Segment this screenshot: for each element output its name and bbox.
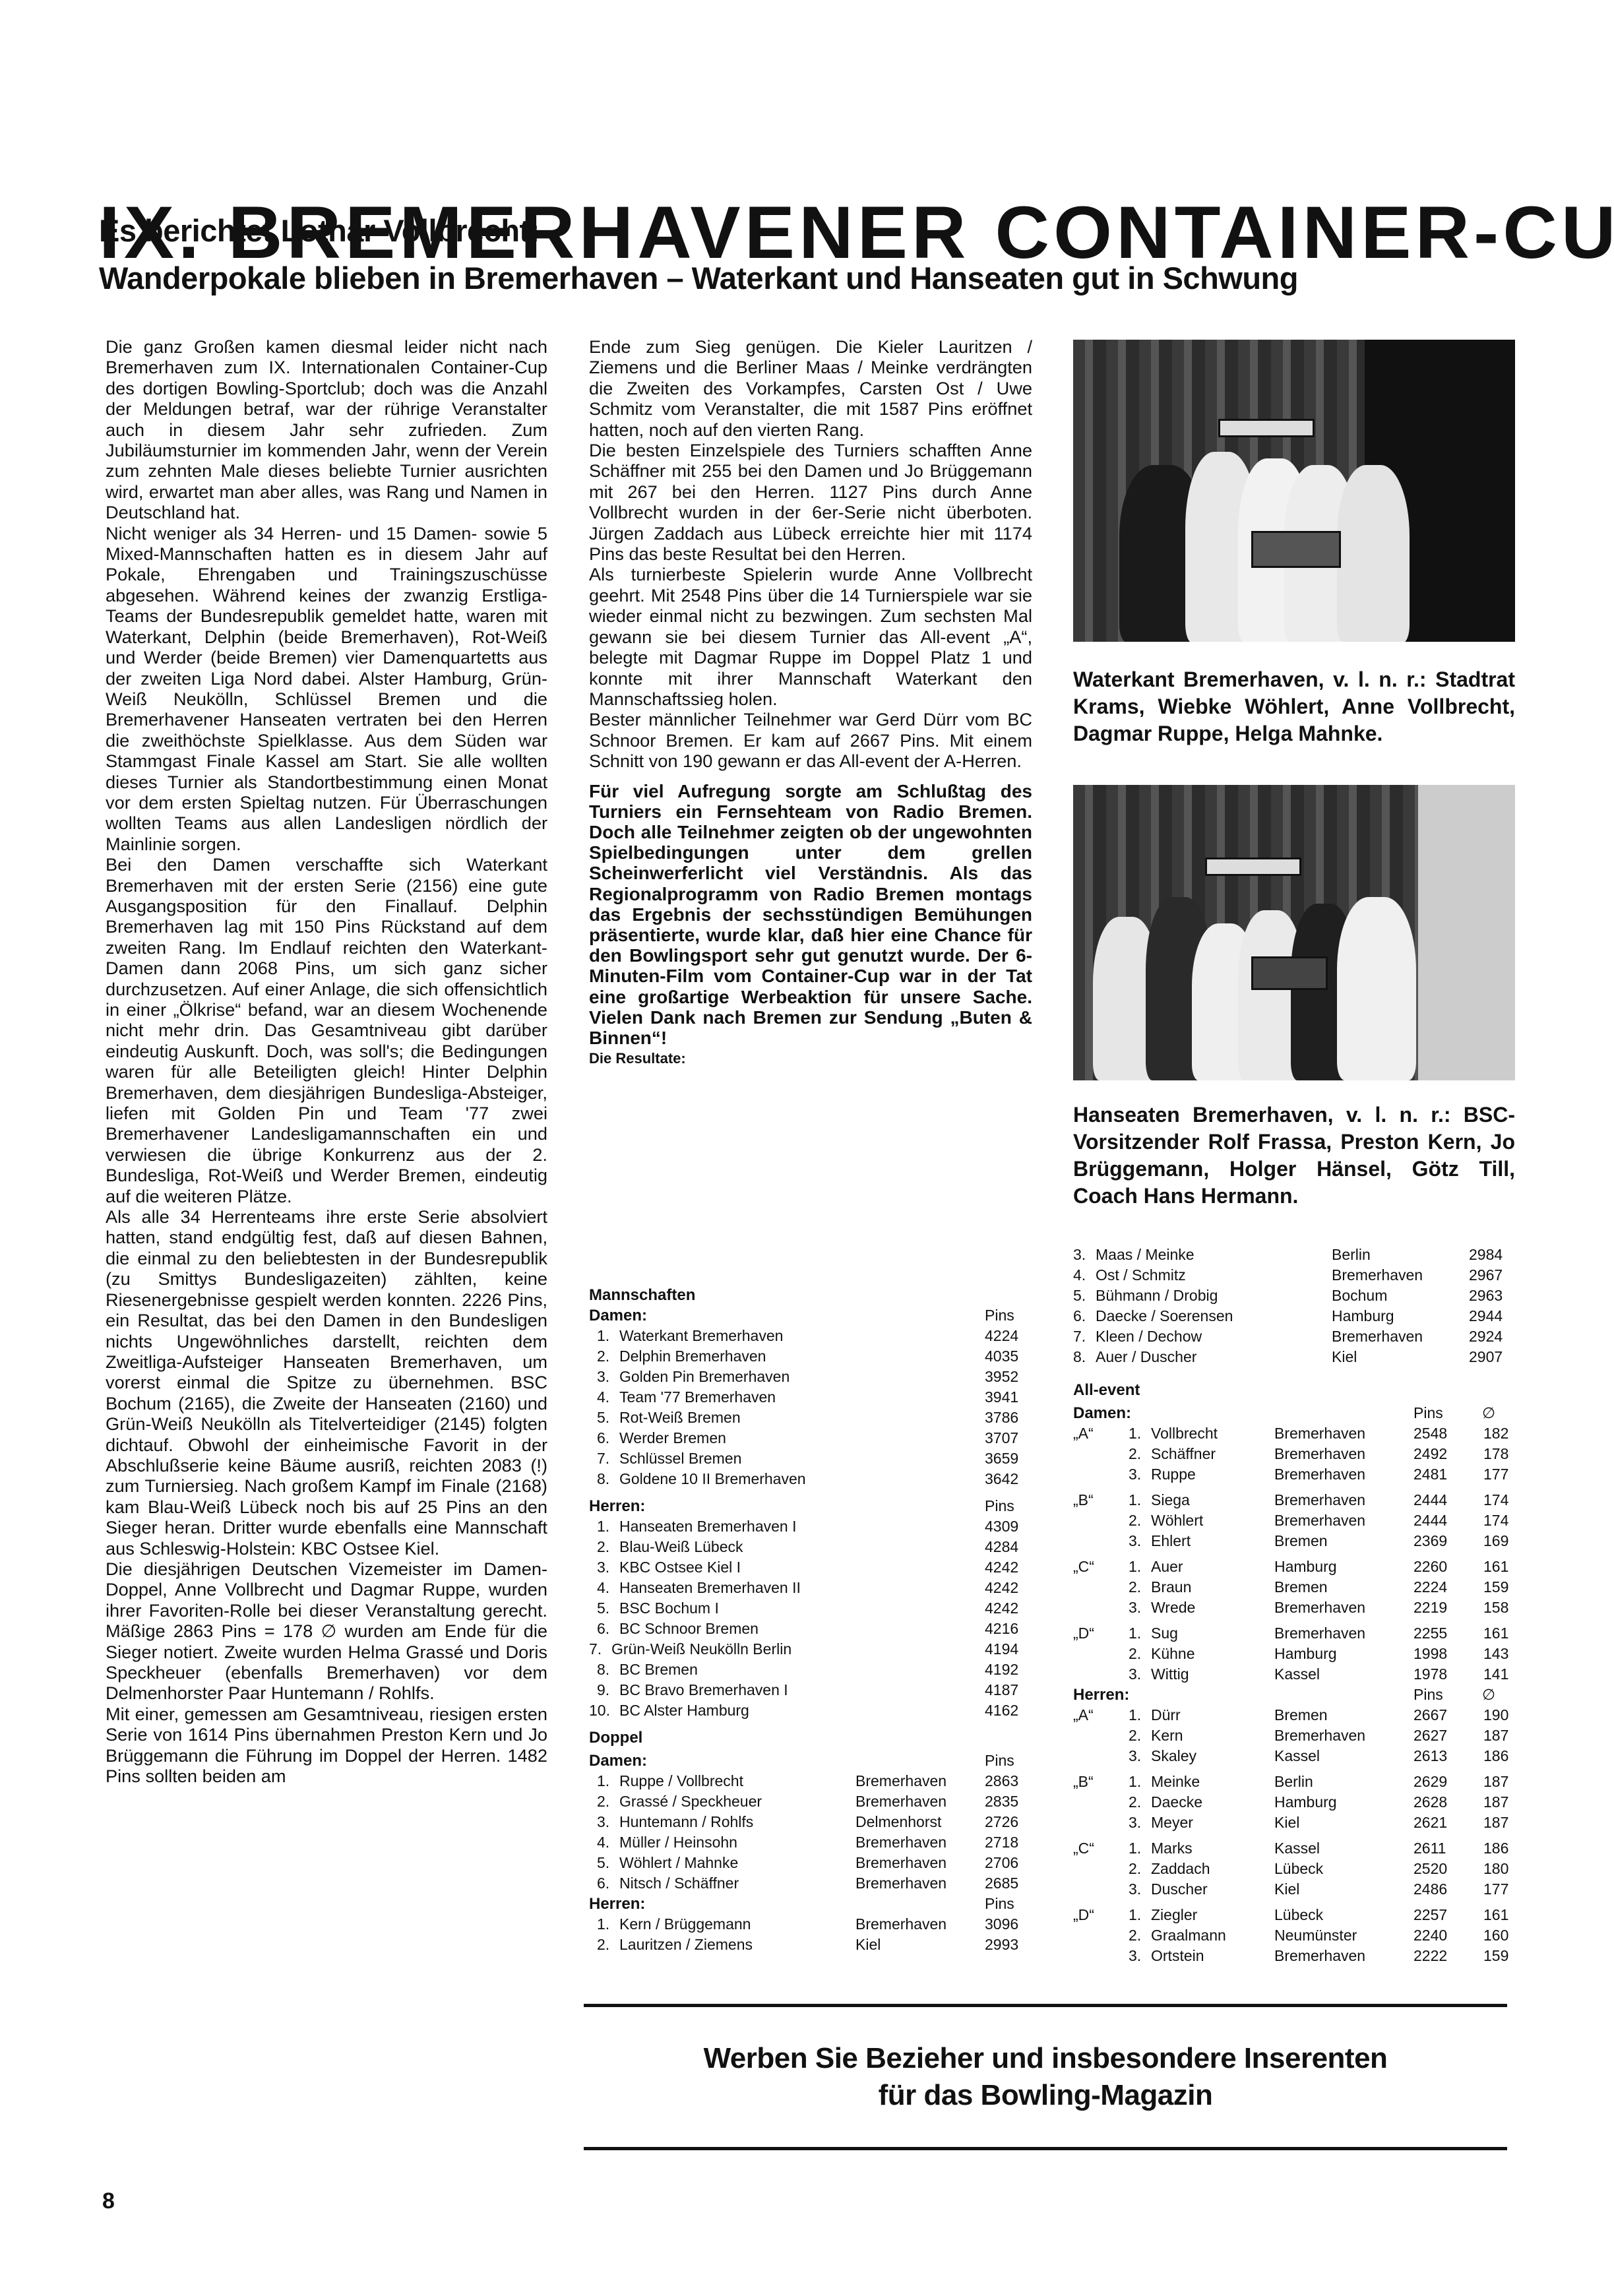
table-row: 5.Bühmann / DrobigBochum2963 xyxy=(1073,1286,1508,1306)
table-row: 2.Grassé / SpeckheuerBremerhaven2835 xyxy=(589,1791,1024,1812)
column-header: Pins xyxy=(1413,1403,1443,1423)
table-row: 2.KernBremerhaven2627187 xyxy=(1073,1725,1515,1746)
table-row: 3.MeyerKiel2621187 xyxy=(1073,1813,1515,1833)
ad-line-1: Werben Sie Bezieher und insbesondere Ins… xyxy=(584,2040,1507,2077)
column-header: Pins xyxy=(985,1751,1014,1771)
table-row: 6.BC Schnoor Bremen4216 xyxy=(589,1619,1024,1639)
table-row: 2.ZaddachLübeck2520180 xyxy=(1073,1859,1515,1879)
photo-waterkant-team xyxy=(1073,340,1515,642)
table-row: „D“1.ZieglerLübeck2257161 xyxy=(1073,1905,1515,1925)
paragraph-bold: Für viel Aufregung sorgte am Schlußtag d… xyxy=(589,781,1032,1049)
table-row: 3.OrtsteinBremerhaven2222159 xyxy=(1073,1946,1515,1966)
photo-hanseaten-team xyxy=(1073,785,1515,1080)
table-row: 7.Grün-Weiß Neukölln Berlin4194 xyxy=(589,1639,1024,1660)
column-header: Pins xyxy=(985,1496,1014,1516)
column-header: Pins xyxy=(985,1305,1014,1326)
column-header: Pins xyxy=(1413,1685,1443,1705)
table-row: 2.WöhlertBremerhaven2444174 xyxy=(1073,1510,1515,1531)
table-row: 3.Huntemann / RohlfsDelmenhorst2726 xyxy=(589,1812,1024,1832)
table-row: 3.EhlertBremen2369169 xyxy=(1073,1531,1515,1551)
table-row: 2.SchäffnerBremerhaven2492178 xyxy=(1073,1444,1515,1464)
table-row: 9.BC Bravo Bremerhaven I4187 xyxy=(589,1680,1024,1700)
table-row: 3.WittigKassel1978141 xyxy=(1073,1664,1515,1685)
table-row: 2.BraunBremen2224159 xyxy=(1073,1577,1515,1598)
table-row: 8.Auer / DuscherKiel2907 xyxy=(1073,1347,1508,1367)
paragraph: Als turnierbeste Spielerin wurde Anne Vo… xyxy=(589,564,1032,709)
table-row: 4.Team '77 Bremerhaven3941 xyxy=(589,1387,1024,1408)
column-header: ∅ xyxy=(1482,1685,1495,1705)
paragraph: Die ganz Großen kamen diesmal leider nic… xyxy=(106,336,547,523)
table-row: „A“1.DürrBremen2667190 xyxy=(1073,1705,1515,1725)
results-heading: Die Resultate: xyxy=(589,1048,1032,1069)
table-row: 2.Blau-Weiß Lübeck4284 xyxy=(589,1537,1024,1557)
photo-caption: Waterkant Bremerhaven, v. l. n. r.: Stad… xyxy=(1073,666,1515,747)
table-row: 2.DaeckeHamburg2628187 xyxy=(1073,1792,1515,1813)
table-row: „C“1.MarksKassel2611186 xyxy=(1073,1838,1515,1859)
table-row: 1.Waterkant Bremerhaven4224 xyxy=(589,1326,1024,1346)
table-row: 2.Delphin Bremerhaven4035 xyxy=(589,1346,1024,1367)
table-row: 5.BSC Bochum I4242 xyxy=(589,1598,1024,1619)
table-row: 3.KBC Ostsee Kiel I4242 xyxy=(589,1557,1024,1578)
paragraph: Die besten Einzelspiele des Turniers sch… xyxy=(589,440,1032,564)
page-number: 8 xyxy=(102,2188,115,2214)
table-row: 1.Kern / BrüggemannBremerhaven3096 xyxy=(589,1914,1024,1935)
group-label: Herren: xyxy=(589,1496,645,1516)
table-row: 2.Lauritzen / ZiemensKiel2993 xyxy=(589,1935,1024,1955)
table-row: 2.KühneHamburg1998143 xyxy=(1073,1644,1515,1664)
paragraph: Nicht weniger als 34 Herren- und 15 Dame… xyxy=(106,523,547,855)
group-label: Herren: xyxy=(589,1894,645,1914)
table-row: 6.Werder Bremen3707 xyxy=(589,1428,1024,1448)
ad-line-2: für das Bowling-Magazin xyxy=(584,2077,1507,2114)
subtitle: Wanderpokale blieben in Bremerhaven – Wa… xyxy=(99,263,1298,294)
column-header: Pins xyxy=(985,1894,1014,1914)
byline: Es berichtet Lothar Vollbrecht: xyxy=(99,215,540,246)
table-row: „D“1.SugBremerhaven2255161 xyxy=(1073,1623,1515,1644)
table-row: 3.Maas / MeinkeBerlin2984 xyxy=(1073,1245,1508,1265)
table-row: 6.Daecke / SoerensenHamburg2944 xyxy=(1073,1306,1508,1326)
paragraph: Ende zum Sieg genügen. Die Kieler Laurit… xyxy=(589,336,1032,440)
group-label: Damen: xyxy=(589,1305,647,1326)
group-label: Herren: xyxy=(1073,1685,1129,1705)
table-row: 8.Goldene 10 II Bremerhaven3642 xyxy=(589,1469,1024,1489)
table-row: 10.BC Alster Hamburg4162 xyxy=(589,1700,1024,1721)
paragraph: Als alle 34 Herrenteams ihre erste Serie… xyxy=(106,1206,547,1559)
results-all-event: All-event Damen:Pins∅ „A“1.VollbrechtBre… xyxy=(1073,1380,1515,1966)
paragraph: Die diesjährigen Deutschen Vizemeister i… xyxy=(106,1559,547,1704)
table-row: 4.Müller / HeinsohnBremerhaven2718 xyxy=(589,1832,1024,1853)
table-row: 8.BC Bremen4192 xyxy=(589,1660,1024,1680)
results-doubles-continued: 3.Maas / MeinkeBerlin2984 4.Ost / Schmit… xyxy=(1073,1245,1508,1367)
table-row: 7.Kleen / DechowBremerhaven2924 xyxy=(1073,1326,1508,1347)
table-row: „B“1.SiegaBremerhaven2444174 xyxy=(1073,1490,1515,1510)
section-heading: All-event xyxy=(1073,1380,1515,1400)
table-row: 4.Ost / SchmitzBremerhaven2967 xyxy=(1073,1265,1508,1286)
column-header: ∅ xyxy=(1482,1403,1495,1423)
photo-caption: Hanseaten Bremerhaven, v. l. n. r.: BSC-… xyxy=(1073,1101,1515,1210)
table-row: 4.Hanseaten Bremerhaven II4242 xyxy=(589,1578,1024,1598)
section-heading: Doppel xyxy=(589,1727,1024,1748)
table-row: „C“1.AuerHamburg2260161 xyxy=(1073,1557,1515,1577)
advertisement-box: Werben Sie Bezieher und insbesondere Ins… xyxy=(584,2004,1507,2150)
table-row: 1.Ruppe / VollbrechtBremerhaven2863 xyxy=(589,1771,1024,1791)
table-row: 5.Rot-Weiß Bremen3786 xyxy=(589,1408,1024,1428)
paragraph: Bester männlicher Teilnehmer war Gerd Dü… xyxy=(589,709,1032,771)
article-column-2: Ende zum Sieg genügen. Die Kieler Laurit… xyxy=(589,336,1032,1069)
table-row: „A“1.VollbrechtBremerhaven2548182 xyxy=(1073,1423,1515,1444)
results-teams-and-doubles: Mannschaften Damen:Pins 1.Waterkant Brem… xyxy=(589,1285,1024,1955)
paragraph: Bei den Damen verschaffte sich Waterkant… xyxy=(106,854,547,1206)
section-heading: Mannschaften xyxy=(589,1285,1024,1305)
table-row: 7.Schlüssel Bremen3659 xyxy=(589,1448,1024,1469)
article-column-1: Die ganz Großen kamen diesmal leider nic… xyxy=(106,336,547,1786)
table-row: 2.GraalmannNeumünster2240160 xyxy=(1073,1925,1515,1946)
table-row: 3.RuppeBremerhaven2481177 xyxy=(1073,1464,1515,1485)
group-label: Damen: xyxy=(589,1751,647,1771)
table-row: 1.Hanseaten Bremerhaven I4309 xyxy=(589,1516,1024,1537)
table-row: 3.DuscherKiel2486177 xyxy=(1073,1879,1515,1900)
table-row: „B“1.MeinkeBerlin2629187 xyxy=(1073,1772,1515,1792)
paragraph: Mit einer, gemessen am Gesamtniveau, rie… xyxy=(106,1704,547,1787)
table-row: 3.SkaleyKassel2613186 xyxy=(1073,1746,1515,1766)
table-row: 5.Wöhlert / MahnkeBremerhaven2706 xyxy=(589,1853,1024,1873)
table-row: 3.Golden Pin Bremerhaven3952 xyxy=(589,1367,1024,1387)
table-row: 3.WredeBremerhaven2219158 xyxy=(1073,1598,1515,1618)
group-label: Damen: xyxy=(1073,1403,1131,1423)
table-row: 6.Nitsch / SchäffnerBremerhaven2685 xyxy=(589,1873,1024,1894)
